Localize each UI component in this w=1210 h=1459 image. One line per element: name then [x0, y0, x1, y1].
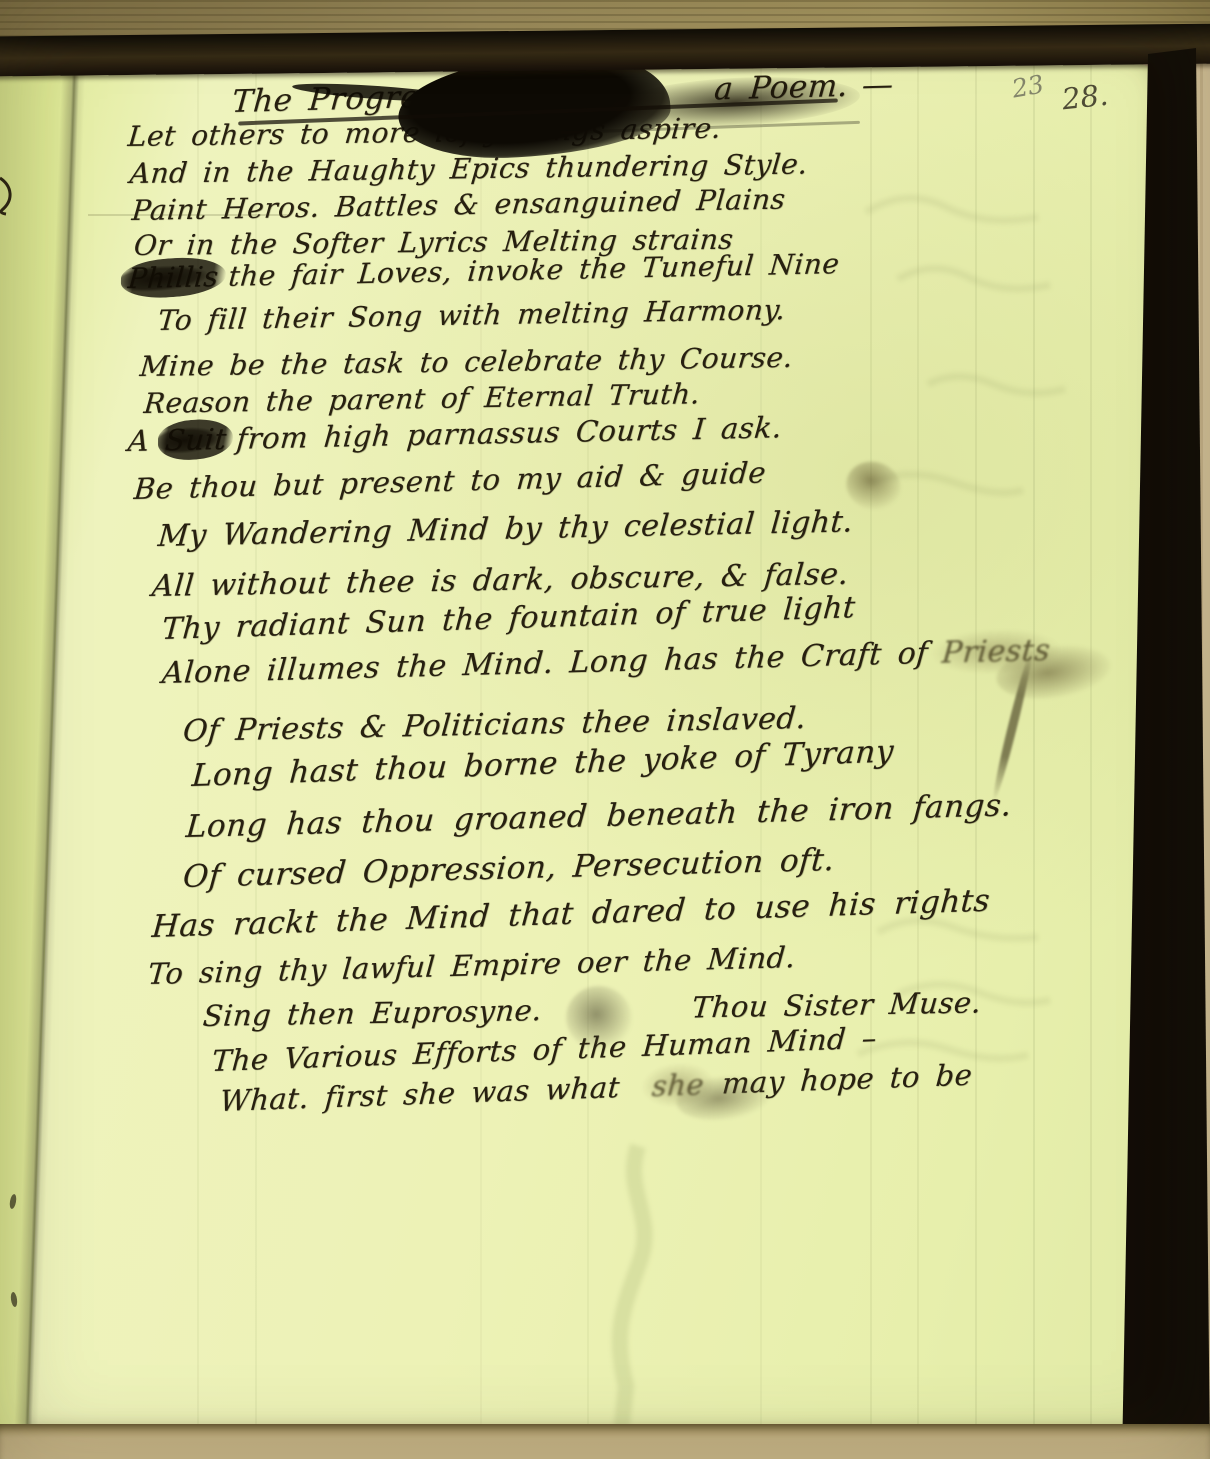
photo-of-manuscript-book: The Progress ofa Poem.— 23 28. Let other…	[0, 0, 1210, 1459]
scribbled-out-word: Suit	[164, 422, 228, 457]
stray-ink-mark	[0, 176, 18, 218]
scribbled-out-word: Phillis	[127, 260, 220, 295]
wooden-table-bottom-band	[0, 1424, 1210, 1459]
page-number-pencil: 23	[1010, 69, 1046, 103]
manuscript-page: The Progress ofa Poem.— 23 28. Let other…	[0, 64, 1166, 1432]
page-number-ink: 28.	[1060, 78, 1109, 117]
title-dash: —	[861, 67, 895, 104]
